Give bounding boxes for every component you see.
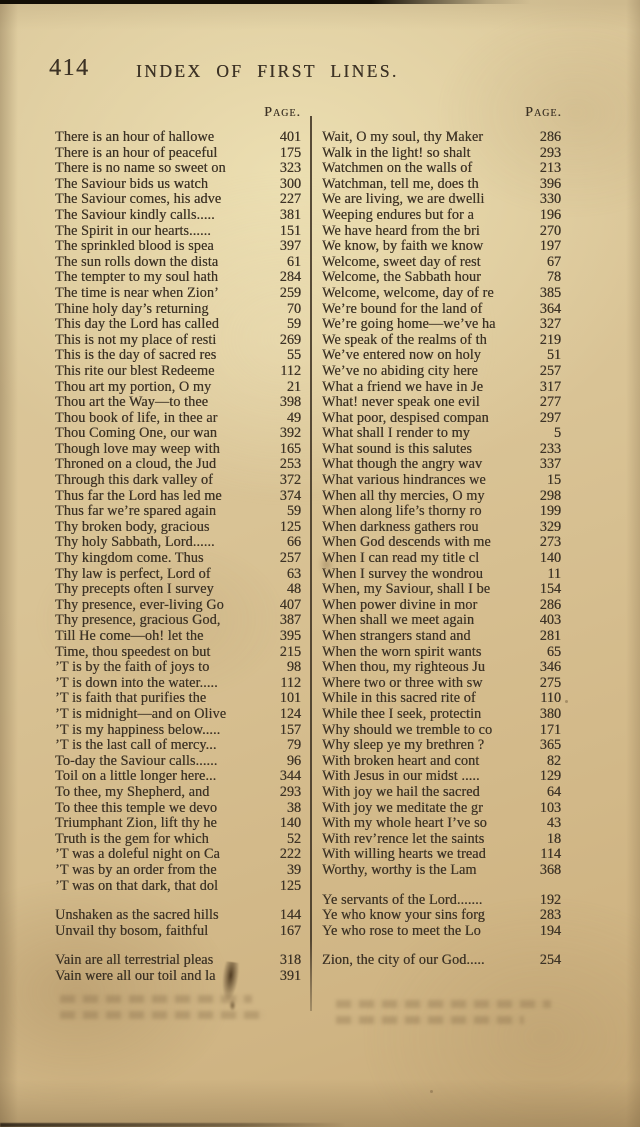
hymn-page-number: 387 bbox=[280, 613, 301, 629]
first-line-text: With Jesus in our midst ..... bbox=[322, 769, 480, 785]
first-line-text: Thy presence, gracious God, bbox=[55, 613, 220, 629]
first-line-text: Thy presence, ever-living Go bbox=[55, 598, 224, 614]
hymn-page-number: 64 bbox=[547, 785, 561, 801]
hymn-page-number: 63 bbox=[287, 567, 301, 583]
first-line-text: Thus far the Lord has led me bbox=[55, 489, 222, 505]
index-entry: The tempter to my soul hath 284 bbox=[55, 270, 301, 286]
hymn-page-number: 275 bbox=[540, 676, 561, 692]
index-left-column: There is an hour of hallowe 401 There is… bbox=[55, 130, 301, 984]
index-entry: This rite our blest Redeeme 112 bbox=[55, 364, 301, 380]
first-line-text: ’T was a doleful night on Ca bbox=[55, 847, 220, 863]
first-line-text: What various hindrances we bbox=[322, 473, 486, 489]
index-entry: To thee, my Shepherd, and 293 bbox=[55, 785, 301, 801]
index-entry: The sprinkled blood is spea 397 bbox=[55, 239, 301, 255]
index-entry: Weeping endures but for a 196 bbox=[322, 208, 561, 224]
first-line-text: ’T is my happiness below..... bbox=[55, 723, 220, 739]
first-line-text: Welcome, welcome, day of re bbox=[322, 286, 494, 302]
first-line-text: We are living, we are dwelli bbox=[322, 192, 484, 208]
index-entry: With rev’rence let the saints 18 bbox=[322, 832, 561, 848]
index-entry: Throned on a cloud, the Jud 253 bbox=[55, 457, 301, 473]
first-line-text: When God descends with me bbox=[322, 535, 491, 551]
index-entry: When shall we meet again 403 bbox=[322, 613, 561, 629]
hymn-page-number: 103 bbox=[540, 801, 561, 817]
hymn-page-number: 196 bbox=[540, 208, 561, 224]
index-entry: Thy broken body, gracious 125 bbox=[55, 520, 301, 536]
hymn-page-number: 154 bbox=[540, 582, 561, 598]
hymn-page-number: 374 bbox=[280, 489, 301, 505]
first-line-text: Thou art the Way—to thee bbox=[55, 395, 208, 411]
index-entry: Thy presence, gracious God, 387 bbox=[55, 613, 301, 629]
hymn-page-number: 281 bbox=[540, 629, 561, 645]
first-line-text: This is not my place of resti bbox=[55, 333, 216, 349]
hymn-page-number: 298 bbox=[540, 489, 561, 505]
paper-speck bbox=[102, 213, 105, 216]
first-line-text: ’T was on that dark, that dol bbox=[55, 879, 218, 895]
paper-smudge bbox=[319, 555, 334, 574]
first-line-text: ’T is by the faith of joys to bbox=[55, 660, 209, 676]
hymn-page-number: 365 bbox=[540, 738, 561, 754]
first-line-text: With willing hearts we tread bbox=[322, 847, 486, 863]
hymn-page-number: 21 bbox=[287, 380, 301, 396]
index-entry: What shall I render to my 5 bbox=[322, 426, 561, 442]
index-entry: With my whole heart I’ve so 43 bbox=[322, 816, 561, 832]
first-line-text: Thus far we’re spared again bbox=[55, 504, 216, 520]
hymn-page-number: 82 bbox=[547, 754, 561, 770]
index-entry: What though the angry wav 337 bbox=[322, 457, 561, 473]
hymn-page-number: 395 bbox=[280, 629, 301, 645]
first-line-text: What! never speak one evil bbox=[322, 395, 480, 411]
hymn-page-number: 70 bbox=[287, 302, 301, 318]
hymn-page-number: 398 bbox=[280, 395, 301, 411]
index-entry: ’T was by an order from the 39 bbox=[55, 863, 301, 879]
hymn-page-number: 284 bbox=[280, 270, 301, 286]
index-entry: When the worn spirit wants 65 bbox=[322, 645, 561, 661]
index-entry: Thy law is perfect, Lord of 63 bbox=[55, 567, 301, 583]
index-entry: ’T was a doleful night on Ca 222 bbox=[55, 847, 301, 863]
index-entry: We are living, we are dwelli 330 bbox=[322, 192, 561, 208]
index-entry: We speak of the realms of th 219 bbox=[322, 333, 561, 349]
right-column-page-label: Page. bbox=[462, 105, 562, 121]
first-line-text: To thee, my Shepherd, and bbox=[55, 785, 209, 801]
first-line-text: Throned on a cloud, the Jud bbox=[55, 457, 216, 473]
first-line-text: Though love may weep with bbox=[55, 442, 220, 458]
first-line-text: ’T was by an order from the bbox=[55, 863, 217, 879]
first-line-text: When I survey the wondrou bbox=[322, 567, 483, 583]
first-line-text: There is an hour of hallowe bbox=[55, 130, 214, 146]
index-entry: With willing hearts we tread 114 bbox=[322, 847, 561, 863]
hymn-page-number: 157 bbox=[280, 723, 301, 739]
index-entry: When darkness gathers rou 329 bbox=[322, 520, 561, 536]
first-line-text: Thy law is perfect, Lord of bbox=[55, 567, 211, 583]
hymn-page-number: 283 bbox=[540, 908, 561, 924]
hymn-page-number: 257 bbox=[540, 364, 561, 380]
hymn-page-number: 39 bbox=[287, 863, 301, 879]
first-line-text: When power divine in mor bbox=[322, 598, 477, 614]
hymn-page-number: 233 bbox=[540, 442, 561, 458]
hymn-page-number: 175 bbox=[280, 146, 301, 162]
hymn-page-number: 79 bbox=[287, 738, 301, 754]
index-entry: Wait, O my soul, thy Maker 286 bbox=[322, 130, 561, 146]
first-line-text: The time is near when Zion’ bbox=[55, 286, 219, 302]
hymn-page-number: 337 bbox=[540, 457, 561, 473]
index-entry: The Saviour bids us watch 300 bbox=[55, 177, 301, 193]
hymn-page-number: 269 bbox=[280, 333, 301, 349]
hymn-page-number: 227 bbox=[280, 192, 301, 208]
first-line-text: Thine holy day’s returning bbox=[55, 302, 209, 318]
index-entry: We’re bound for the land of 364 bbox=[322, 302, 561, 318]
hymn-page-number: 59 bbox=[287, 504, 301, 520]
hymn-page-number: 253 bbox=[280, 457, 301, 473]
index-entry: There is an hour of peaceful 175 bbox=[55, 146, 301, 162]
first-line-text: This rite our blest Redeeme bbox=[55, 364, 215, 380]
index-entry: We’ve entered now on holy 51 bbox=[322, 348, 561, 364]
index-entry: What a friend we have in Je 317 bbox=[322, 380, 561, 396]
paper-speck bbox=[430, 1090, 433, 1093]
index-entry: We have heard from the bri 270 bbox=[322, 224, 561, 240]
hymn-page-number: 344 bbox=[280, 769, 301, 785]
first-line-text: Unshaken as the sacred hills bbox=[55, 908, 219, 924]
show-through-text bbox=[336, 1000, 551, 1008]
show-through-text bbox=[60, 1011, 265, 1019]
first-line-text: Weeping endures but for a bbox=[322, 208, 474, 224]
first-line-text: To-day the Saviour calls...... bbox=[55, 754, 217, 770]
first-line-text: Welcome, the Sabbath hour bbox=[322, 270, 481, 286]
hymn-page-number: 380 bbox=[540, 707, 561, 723]
index-entry: We’ve no abiding city here 257 bbox=[322, 364, 561, 380]
hymn-page-number: 368 bbox=[540, 863, 561, 879]
scan-edge-bottom bbox=[0, 1123, 345, 1127]
paper-speck bbox=[565, 700, 568, 703]
hymn-page-number: 59 bbox=[287, 317, 301, 333]
first-line-text: Through this dark valley of bbox=[55, 473, 213, 489]
first-line-text: This day the Lord has called bbox=[55, 317, 219, 333]
first-line-text: With joy we meditate the gr bbox=[322, 801, 483, 817]
first-line-text: The Spirit in our hearts...... bbox=[55, 224, 211, 240]
hymn-page-number: 257 bbox=[280, 551, 301, 567]
first-line-text: Walk in the light! so shalt bbox=[322, 146, 471, 162]
hymn-page-number: 124 bbox=[280, 707, 301, 723]
index-entry: Through this dark valley of 372 bbox=[55, 473, 301, 489]
first-line-text: When the worn spirit wants bbox=[322, 645, 481, 661]
index-entry: Welcome, welcome, day of re 385 bbox=[322, 286, 561, 302]
index-entry: ’T was on that dark, that dol 125 bbox=[55, 879, 301, 895]
first-line-text: What sound is this salutes bbox=[322, 442, 472, 458]
index-entry: Till He come—oh! let the 395 bbox=[55, 629, 301, 645]
first-line-text: When I can read my title cl bbox=[322, 551, 479, 567]
first-line-text: Thy holy Sabbath, Lord...... bbox=[55, 535, 215, 551]
index-entry: This is the day of sacred res 55 bbox=[55, 348, 301, 364]
page-number: 414 bbox=[49, 55, 90, 82]
index-entry: We know, by faith we know 197 bbox=[322, 239, 561, 255]
first-line-text: Thy precepts often I survey bbox=[55, 582, 214, 598]
scan-edge-top bbox=[0, 0, 640, 4]
index-entry: What sound is this salutes 233 bbox=[322, 442, 561, 458]
hymn-page-number: 222 bbox=[280, 847, 301, 863]
index-entry: When God descends with me 273 bbox=[322, 535, 561, 551]
first-line-text: The sprinkled blood is spea bbox=[55, 239, 214, 255]
hymn-page-number: 270 bbox=[540, 224, 561, 240]
first-line-text: There is an hour of peaceful bbox=[55, 146, 217, 162]
first-line-text: Ye servants of the Lord....... bbox=[322, 893, 482, 909]
index-entry: With broken heart and cont 82 bbox=[322, 754, 561, 770]
hymn-page-number: 38 bbox=[287, 801, 301, 817]
hymn-page-number: 286 bbox=[540, 598, 561, 614]
hymn-page-number: 372 bbox=[280, 473, 301, 489]
index-entry: Truth is the gem for which 52 bbox=[55, 832, 301, 848]
index-entry: There is no name so sweet on 323 bbox=[55, 161, 301, 177]
hymn-page-number: 192 bbox=[540, 893, 561, 909]
index-entry: To-day the Saviour calls...... 96 bbox=[55, 754, 301, 770]
first-line-text: ’T is down into the water..... bbox=[55, 676, 218, 692]
hymn-page-number: 327 bbox=[540, 317, 561, 333]
hymn-page-number: 392 bbox=[280, 426, 301, 442]
index-entry: When strangers stand and 281 bbox=[322, 629, 561, 645]
first-line-text: Ye who know your sins forg bbox=[322, 908, 485, 924]
hymn-page-number: 48 bbox=[287, 582, 301, 598]
hymn-page-number: 67 bbox=[547, 255, 561, 271]
first-line-text: Watchmen on the walls of bbox=[322, 161, 472, 177]
first-line-text: Why should we tremble to co bbox=[322, 723, 492, 739]
hymn-page-number: 78 bbox=[547, 270, 561, 286]
index-entry: Walk in the light! so shalt 293 bbox=[322, 146, 561, 162]
hymn-page-number: 330 bbox=[540, 192, 561, 208]
index-entry: ’T is down into the water..... 112 bbox=[55, 676, 301, 692]
first-line-text: We’ve no abiding city here bbox=[322, 364, 478, 380]
index-entry: While in this sacred rite of 110 bbox=[322, 691, 561, 707]
first-line-text: When darkness gathers rou bbox=[322, 520, 479, 536]
hymn-page-number: 15 bbox=[547, 473, 561, 489]
hymn-page-number: 293 bbox=[540, 146, 561, 162]
hymn-page-number: 140 bbox=[280, 816, 301, 832]
hymn-page-number: 125 bbox=[280, 520, 301, 536]
first-line-text: When strangers stand and bbox=[322, 629, 471, 645]
hymn-page-number: 199 bbox=[540, 504, 561, 520]
first-line-text: ’T is faith that purifies the bbox=[55, 691, 206, 707]
index-entry: Welcome, sweet day of rest 67 bbox=[322, 255, 561, 271]
hymn-page-number: 125 bbox=[280, 879, 301, 895]
first-line-text: Welcome, sweet day of rest bbox=[322, 255, 481, 271]
first-line-text: With rev’rence let the saints bbox=[322, 832, 484, 848]
first-line-text: This is the day of sacred res bbox=[55, 348, 216, 364]
index-entry: The sun rolls down the dista 61 bbox=[55, 255, 301, 271]
book-page-scan: 414 INDEX OF FIRST LINES. Page. Page. Th… bbox=[0, 0, 640, 1127]
index-entry: While thee I seek, protectin 380 bbox=[322, 707, 561, 723]
hymn-page-number: 396 bbox=[540, 177, 561, 193]
index-entry: Welcome, the Sabbath hour 78 bbox=[322, 270, 561, 286]
first-line-text: To thee this temple we devo bbox=[55, 801, 217, 817]
hymn-page-number: 254 bbox=[540, 953, 561, 969]
index-entry: Zion, the city of our God..... 254 bbox=[322, 953, 561, 969]
first-line-text: We have heard from the bri bbox=[322, 224, 480, 240]
left-column-page-label: Page. bbox=[200, 105, 301, 121]
first-line-text: Worthy, worthy is the Lam bbox=[322, 863, 477, 879]
hymn-page-number: 167 bbox=[280, 924, 301, 940]
first-line-text: When along life’s thorny ro bbox=[322, 504, 482, 520]
first-line-text: Time, thou speedest on but bbox=[55, 645, 210, 661]
hymn-page-number: 277 bbox=[540, 395, 561, 411]
first-line-text: ’T is the last call of mercy... bbox=[55, 738, 216, 754]
index-entry: When thou, my righteous Ju 346 bbox=[322, 660, 561, 676]
index-entry: Thou Coming One, our wan 392 bbox=[55, 426, 301, 442]
hymn-page-number: 286 bbox=[540, 130, 561, 146]
index-entry: ’T is midnight—and on Olive 124 bbox=[55, 707, 301, 723]
index-entry: Ye who rose to meet the Lo 194 bbox=[322, 924, 561, 940]
hymn-page-number: 397 bbox=[280, 239, 301, 255]
first-line-text: Zion, the city of our God..... bbox=[322, 953, 485, 969]
first-line-text: There is no name so sweet on bbox=[55, 161, 226, 177]
index-entry: When I survey the wondrou 11 bbox=[322, 567, 561, 583]
hymn-page-number: 385 bbox=[540, 286, 561, 302]
hymn-page-number: 407 bbox=[280, 598, 301, 614]
first-line-text: When, my Saviour, shall I be bbox=[322, 582, 490, 598]
first-line-text: Thou book of life, in thee ar bbox=[55, 411, 217, 427]
first-line-text: The tempter to my soul hath bbox=[55, 270, 218, 286]
hymn-page-number: 381 bbox=[280, 208, 301, 224]
hymn-page-number: 194 bbox=[540, 924, 561, 940]
index-entry: When power divine in mor 286 bbox=[322, 598, 561, 614]
first-line-text: We’re bound for the land of bbox=[322, 302, 482, 318]
first-line-text: When thou, my righteous Ju bbox=[322, 660, 485, 676]
first-line-text: Wait, O my soul, thy Maker bbox=[322, 130, 483, 146]
index-entry: The Saviour kindly calls..... 381 bbox=[55, 208, 301, 224]
hymn-page-number: 293 bbox=[280, 785, 301, 801]
index-entry: Where two or three with sw 275 bbox=[322, 676, 561, 692]
hymn-page-number: 52 bbox=[287, 832, 301, 848]
index-right-column: Wait, O my soul, thy Maker 286 Walk in t… bbox=[322, 130, 561, 969]
index-entry: What! never speak one evil 277 bbox=[322, 395, 561, 411]
show-through-text bbox=[336, 1016, 524, 1024]
hymn-page-number: 98 bbox=[287, 660, 301, 676]
index-entry: ’T is by the faith of joys to 98 bbox=[55, 660, 301, 676]
index-entry: Ye who know your sins forg 283 bbox=[322, 908, 561, 924]
first-line-text: The sun rolls down the dista bbox=[55, 255, 218, 271]
index-entry: Watchman, tell me, does th 396 bbox=[322, 177, 561, 193]
index-entry: Ye servants of the Lord....... 192 bbox=[322, 893, 561, 909]
first-line-text: With broken heart and cont bbox=[322, 754, 479, 770]
first-line-text: Thou Coming One, our wan bbox=[55, 426, 217, 442]
hymn-page-number: 329 bbox=[540, 520, 561, 536]
index-entry: Thy presence, ever-living Go 407 bbox=[55, 598, 301, 614]
index-entry: What poor, despised compan 297 bbox=[322, 411, 561, 427]
first-line-text: The Saviour kindly calls..... bbox=[55, 208, 215, 224]
hymn-page-number: 101 bbox=[280, 691, 301, 707]
hymn-page-number: 197 bbox=[540, 239, 561, 255]
first-line-text: ’T is midnight—and on Olive bbox=[55, 707, 226, 723]
index-entry: Thy kingdom come. Thus 257 bbox=[55, 551, 301, 567]
index-entry: We’re going home—we’ve ha 327 bbox=[322, 317, 561, 333]
first-line-text: What shall I render to my bbox=[322, 426, 470, 442]
first-line-text: We know, by faith we know bbox=[322, 239, 483, 255]
index-entry: Thine holy day’s returning 70 bbox=[55, 302, 301, 318]
hymn-page-number: 112 bbox=[280, 364, 301, 380]
index-entry: What various hindrances we 15 bbox=[322, 473, 561, 489]
index-entry: With joy we hail the sacred 64 bbox=[322, 785, 561, 801]
index-entry: Thou book of life, in thee ar 49 bbox=[55, 411, 301, 427]
index-entry: This is not my place of resti 269 bbox=[55, 333, 301, 349]
first-line-text: Thy broken body, gracious bbox=[55, 520, 209, 536]
hymn-page-number: 219 bbox=[540, 333, 561, 349]
hymn-page-number: 151 bbox=[280, 224, 301, 240]
hymn-page-number: 114 bbox=[540, 847, 561, 863]
index-entry: When all thy mercies, O my 298 bbox=[322, 489, 561, 505]
first-line-text: We speak of the realms of th bbox=[322, 333, 487, 349]
index-entry: Thy holy Sabbath, Lord...... 66 bbox=[55, 535, 301, 551]
index-entry: Vain were all our toil and la 391 bbox=[55, 969, 301, 985]
first-line-text: With joy we hail the sacred bbox=[322, 785, 480, 801]
index-entry: When, my Saviour, shall I be 154 bbox=[322, 582, 561, 598]
hymn-page-number: 297 bbox=[540, 411, 561, 427]
index-entry: Toil on a little longer here... 344 bbox=[55, 769, 301, 785]
hymn-page-number: 144 bbox=[280, 908, 301, 924]
first-line-text: While thee I seek, protectin bbox=[322, 707, 481, 723]
index-entry: Unvail thy bosom, faithful 167 bbox=[55, 924, 301, 940]
index-entry: ’T is my happiness below..... 157 bbox=[55, 723, 301, 739]
first-line-text: Why sleep ye my brethren ? bbox=[322, 738, 484, 754]
hymn-page-number: 18 bbox=[547, 832, 561, 848]
index-entry: Time, thou speedest on but 215 bbox=[55, 645, 301, 661]
first-line-text: Toil on a little longer here... bbox=[55, 769, 216, 785]
hymn-page-number: 171 bbox=[540, 723, 561, 739]
index-entry: Watchmen on the walls of 213 bbox=[322, 161, 561, 177]
index-entry: Thus far the Lord has led me 374 bbox=[55, 489, 301, 505]
index-entry: With Jesus in our midst ..... 129 bbox=[322, 769, 561, 785]
column-divider-rule bbox=[310, 116, 312, 1011]
hymn-page-number: 61 bbox=[287, 255, 301, 271]
hymn-page-number: 49 bbox=[287, 411, 301, 427]
page-title: INDEX OF FIRST LINES. bbox=[136, 61, 399, 82]
first-line-text: We’re going home—we’ve ha bbox=[322, 317, 496, 333]
hymn-page-number: 110 bbox=[540, 691, 561, 707]
index-entry: Thy precepts often I survey 48 bbox=[55, 582, 301, 598]
first-line-text: When all thy mercies, O my bbox=[322, 489, 485, 505]
index-entry: ’T is faith that purifies the 101 bbox=[55, 691, 301, 707]
index-entry: Worthy, worthy is the Lam 368 bbox=[322, 863, 561, 879]
first-line-text: Watchman, tell me, does th bbox=[322, 177, 479, 193]
hymn-page-number: 96 bbox=[287, 754, 301, 770]
index-entry: The time is near when Zion’ 259 bbox=[55, 286, 301, 302]
hymn-page-number: 323 bbox=[280, 161, 301, 177]
first-line-text: The Saviour comes, his adve bbox=[55, 192, 221, 208]
hymn-page-number: 364 bbox=[540, 302, 561, 318]
hymn-page-number: 403 bbox=[540, 613, 561, 629]
index-entry: With joy we meditate the gr 103 bbox=[322, 801, 561, 817]
first-line-text: We’ve entered now on holy bbox=[322, 348, 481, 364]
first-line-text: The Saviour bids us watch bbox=[55, 177, 208, 193]
hymn-page-number: 391 bbox=[280, 969, 301, 985]
ink-stain bbox=[229, 1000, 236, 1011]
hymn-page-number: 300 bbox=[280, 177, 301, 193]
first-line-text: Till He come—oh! let the bbox=[55, 629, 203, 645]
index-entry: This day the Lord has called 59 bbox=[55, 317, 301, 333]
index-entry: When I can read my title cl 140 bbox=[322, 551, 561, 567]
index-entry: The Saviour comes, his adve 227 bbox=[55, 192, 301, 208]
first-line-text: Where two or three with sw bbox=[322, 676, 483, 692]
index-entry: To thee this temple we devo 38 bbox=[55, 801, 301, 817]
hymn-page-number: 165 bbox=[280, 442, 301, 458]
first-line-text: What poor, despised compan bbox=[322, 411, 489, 427]
hymn-page-number: 65 bbox=[547, 645, 561, 661]
hymn-page-number: 346 bbox=[540, 660, 561, 676]
first-line-text: With my whole heart I’ve so bbox=[322, 816, 487, 832]
hymn-page-number: 317 bbox=[540, 380, 561, 396]
first-line-text: Vain were all our toil and la bbox=[55, 969, 216, 985]
first-line-text: Thy kingdom come. Thus bbox=[55, 551, 204, 567]
index-entry: ’T is the last call of mercy... 79 bbox=[55, 738, 301, 754]
hymn-page-number: 213 bbox=[540, 161, 561, 177]
hymn-page-number: 5 bbox=[554, 426, 561, 442]
hymn-page-number: 55 bbox=[287, 348, 301, 364]
first-line-text: Truth is the gem for which bbox=[55, 832, 209, 848]
